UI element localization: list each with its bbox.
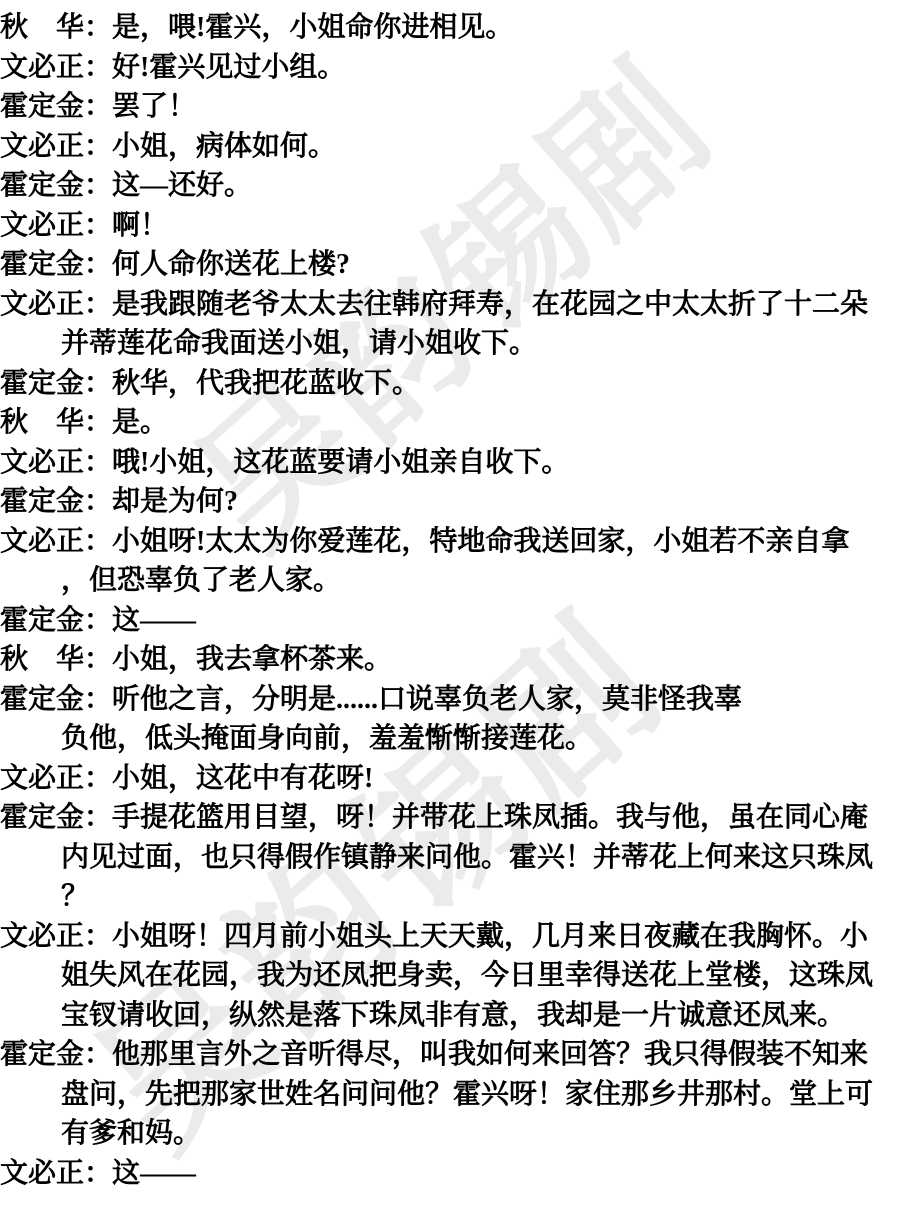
speaker-name: 文必正： [0, 443, 112, 483]
speaker-name: 霍定金： [0, 601, 112, 641]
dialogue-text: 他那里言外之音听得尽，叫我如何来回答？我只得假装不知来 [112, 1039, 868, 1070]
dialogue-text: 好!霍兴见过小组。 [112, 52, 345, 83]
speaker-name: 文必正： [0, 522, 112, 562]
dialogue-text: 小姐呀!太太为你爱莲花，特地命我送回家，小姐若不亲自拿 [112, 526, 849, 557]
dialogue-text: 啊！ [112, 210, 168, 241]
dialogue-line: 霍定金：却是为何? [0, 482, 900, 522]
dialogue-line: 霍定金：罢了！ [0, 87, 900, 127]
speaker-name: 秋 华： [0, 403, 112, 443]
dialogue-line: 霍定金：他那里言外之音听得尽，叫我如何来回答？我只得假装不知来 [0, 1035, 900, 1075]
dialogue-text: 姐失风在花园，我为还凤把身卖，今日里幸得送花上堂楼，这珠凤 [61, 960, 873, 991]
script-page: 吴韵锡剧 吴韵锡剧 秋 华：是，喂!霍兴，小姐命你进相见。文必正：好!霍兴见过小… [0, 0, 900, 1205]
speaker-name: 秋 华： [0, 640, 112, 680]
dialogue-continuation-line: 盘问，先把那家世姓名问问他？霍兴呀！家住那乡井那村。堂上可 [0, 1075, 900, 1115]
dialogue-continuation-line: ，但恐辜负了老人家。 [0, 561, 900, 601]
dialogue-line: 文必正：哦!小姐，这花蓝要请小姐亲自收下。 [0, 443, 900, 483]
dialogue-text: 这—— [112, 605, 196, 636]
dialogue-text: 是，喂!霍兴，小姐命你进相见。 [112, 12, 513, 43]
dialogue-continuation-line: 内见过面，也只得假作镇静来问他。霍兴！并蒂花上何来这只珠凤 [0, 838, 900, 878]
dialogue-text: 这—— [112, 1158, 196, 1189]
dialogue-line: 霍定金：何人命你送花上楼? [0, 245, 900, 285]
dialogue-line: 文必正：小姐，病体如何。 [0, 127, 900, 167]
speaker-name: 文必正： [0, 759, 112, 799]
speaker-name: 霍定金： [0, 87, 112, 127]
dialogue-line: 霍定金：秋华，代我把花蓝收下。 [0, 364, 900, 404]
dialogue-line: 文必正：是我跟随老爷太太去往韩府拜寿，在花园之中太太折了十二朵 [0, 285, 900, 325]
speaker-name: 霍定金： [0, 798, 112, 838]
dialogue-continuation-line: 负他，低头掩面身向前，羞羞惭惭接莲花。 [0, 719, 900, 759]
dialogue-text: ？ [61, 881, 89, 912]
dialogue-text: 哦!小姐，这花蓝要请小姐亲自收下。 [112, 447, 569, 478]
speaker-name: 霍定金： [0, 166, 112, 206]
dialogue-text: 是。 [112, 407, 168, 438]
dialogue-text: 罢了！ [112, 91, 196, 122]
dialogue-text: 小姐，我去拿杯茶来。 [112, 644, 392, 675]
speaker-name: 霍定金： [0, 1035, 112, 1075]
dialogue-text: 小姐，病体如何。 [112, 131, 336, 162]
dialogue-line: 霍定金：这—还好。 [0, 166, 900, 206]
speaker-name: 文必正： [0, 127, 112, 167]
dialogue-line: 文必正：啊！ [0, 206, 900, 246]
dialogue-continuation-line: 宝钗请收回，纵然是落下珠凤非有意，我却是一片诚意还凤来。 [0, 996, 900, 1036]
speaker-name: 霍定金： [0, 482, 112, 522]
dialogue-continuation-line: 并蒂莲花命我面送小姐，请小姐收下。 [0, 324, 900, 364]
dialogue-text: 负他，低头掩面身向前，羞羞惭惭接莲花。 [61, 723, 593, 754]
dialogue-line: 霍定金：手提花篮用目望，呀！并带花上珠凤插。我与他，虽在同心庵 [0, 798, 900, 838]
dialogue-text: 宝钗请收回，纵然是落下珠凤非有意，我却是一片诚意还凤来。 [61, 1000, 845, 1031]
speaker-name: 秋 华： [0, 8, 112, 48]
dialogue-line: 霍定金：听他之言，分明是......口说辜负老人家，莫非怪我辜 [0, 680, 900, 720]
dialogue-line: 秋 华：是。 [0, 403, 900, 443]
dialogue-list: 秋 华：是，喂!霍兴，小姐命你进相见。文必正：好!霍兴见过小组。霍定金：罢了！文… [0, 0, 900, 1193]
dialogue-line: 霍定金：这—— [0, 601, 900, 641]
dialogue-continuation-line: ？ [0, 877, 900, 917]
dialogue-text: 盘问，先把那家世姓名问问他？霍兴呀！家住那乡井那村。堂上可 [61, 1079, 873, 1110]
speaker-name: 文必正： [0, 917, 112, 957]
dialogue-text: ，但恐辜负了老人家。 [61, 565, 341, 596]
dialogue-line: 文必正：小姐，这花中有花呀! [0, 759, 900, 799]
dialogue-text: 秋华，代我把花蓝收下。 [112, 368, 420, 399]
speaker-name: 文必正： [0, 285, 112, 325]
dialogue-line: 秋 华：小姐，我去拿杯茶来。 [0, 640, 900, 680]
dialogue-line: 秋 华：是，喂!霍兴，小姐命你进相见。 [0, 8, 900, 48]
dialogue-text: 有爹和妈。 [61, 1118, 201, 1149]
dialogue-line: 文必正：小姐呀！四月前小姐头上天天戴，几月来日夜藏在我胸怀。小 [0, 917, 900, 957]
speaker-name: 霍定金： [0, 680, 112, 720]
dialogue-text: 手提花篮用目望，呀！并带花上珠凤插。我与他，虽在同心庵 [112, 802, 868, 833]
speaker-name: 霍定金： [0, 364, 112, 404]
dialogue-text: 小姐呀！四月前小姐头上天天戴，几月来日夜藏在我胸怀。小 [112, 921, 868, 952]
dialogue-line: 文必正：小姐呀!太太为你爱莲花，特地命我送回家，小姐若不亲自拿 [0, 522, 900, 562]
speaker-name: 霍定金： [0, 245, 112, 285]
dialogue-text: 并蒂莲花命我面送小姐，请小姐收下。 [61, 328, 537, 359]
dialogue-text: 听他之言，分明是......口说辜负老人家，莫非怪我辜 [112, 684, 742, 715]
dialogue-continuation-line: 有爹和妈。 [0, 1114, 900, 1154]
dialogue-text: 却是为何? [112, 486, 238, 517]
dialogue-text: 是我跟随老爷太太去往韩府拜寿，在花园之中太太折了十二朵 [112, 289, 868, 320]
dialogue-text: 这—还好。 [112, 170, 252, 201]
dialogue-line: 文必正：这—— [0, 1154, 900, 1194]
dialogue-text: 内见过面，也只得假作镇静来问他。霍兴！并蒂花上何来这只珠凤 [61, 842, 873, 873]
dialogue-continuation-line: 姐失风在花园，我为还凤把身卖，今日里幸得送花上堂楼，这珠凤 [0, 956, 900, 996]
speaker-name: 文必正： [0, 1154, 112, 1194]
dialogue-line: 文必正：好!霍兴见过小组。 [0, 48, 900, 88]
dialogue-text: 小姐，这花中有花呀! [112, 763, 373, 794]
dialogue-text: 何人命你送花上楼? [112, 249, 350, 280]
speaker-name: 文必正： [0, 206, 112, 246]
speaker-name: 文必正： [0, 48, 112, 88]
